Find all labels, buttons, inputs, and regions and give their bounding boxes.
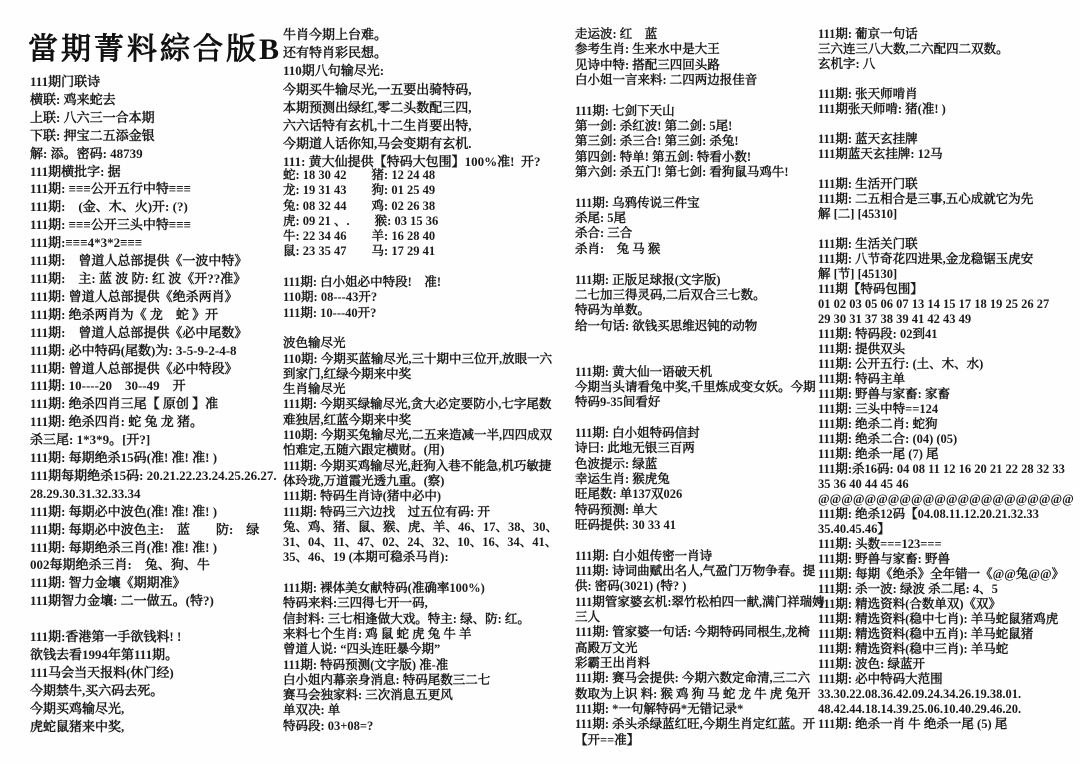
text-line: 体玲珑,万道霞光透九重。(察)	[283, 474, 558, 489]
text-line: 111期: 七剑下天山	[575, 104, 825, 119]
text-line: 今期买牛输尽光,一五要出骑特码,	[283, 81, 540, 99]
column-zodiac-table-and-verses: 蛇: 18 30 42 猪: 12 24 48龙: 19 31 43 狗: 01…	[283, 168, 558, 734]
text-line: 111期: 公开五行: (土、木、水)	[818, 357, 1074, 372]
text-line: 111期: 精选资料(稳中七肖): 羊马蛇鼠猪鸡虎	[818, 612, 1074, 627]
text-line: 111期: 八节奇花四进果,金龙稳锯玉虎安	[818, 252, 1074, 267]
text-line: 还有特肖彩民想。	[283, 44, 540, 62]
text-line: 110期: 08---43开?	[283, 290, 558, 305]
text-line: 111期: 白小姐传密一肖诗	[575, 549, 825, 564]
text-line: 35 36 40 44 45 46	[818, 477, 1074, 492]
text-line: 111期: 绝杀一肖 牛 绝杀一尾 (5) 尾	[818, 717, 1074, 732]
text-line	[575, 88, 825, 103]
text-line: 特码为单数。	[575, 303, 825, 318]
text-line: 111期: 特码预测(文字版) 准-准	[283, 658, 558, 673]
text-line: 111期: 绝杀一尾 (7) 尾	[818, 447, 1074, 462]
text-line: 111期: 正版足球报(文字版)	[575, 273, 825, 288]
text-line: 111期: 波色: 绿蓝开	[818, 657, 1074, 672]
text-line: 111期: (金、木、火)开: (?)	[30, 198, 277, 216]
text-line: 111期: 每期必中波色(准! 准! 准! )	[30, 503, 277, 521]
text-line: 111期: 白小姐特码信封	[575, 426, 825, 441]
page-title: 當期菁料綜合版B	[28, 24, 282, 68]
text-line: 111期: 精选资料(合数单双)《双》	[818, 597, 1074, 612]
text-line: 111马会当天报料(休门经)	[30, 664, 277, 682]
text-line: 111期: 智力金壤《期期准》	[30, 574, 277, 592]
text-line: 111期:香港第一手欲钱料! !	[30, 628, 277, 646]
text-line: 111期: 必中特码(尾数)为: 3-5-9-2-4-8	[30, 342, 277, 360]
text-line: 111期: 裸体美女献特码(准确率100%)	[283, 581, 558, 596]
text-line: 111期:≡≡≡4*3*2≡≡≡	[30, 234, 277, 252]
text-line: 111期: 每期必中波色主: 蓝 防: 绿	[30, 521, 277, 539]
text-line: 单双决: 单	[283, 703, 558, 718]
text-line: 111期: 曾道人总部提供《必中特段》	[30, 360, 277, 378]
text-line: 111期: 黄大仙一语破天机	[575, 365, 825, 380]
text-line: 111期: 二五相合是三事,五心成就它为先	[818, 192, 1074, 207]
text-line: 横联: 鸡来蛇去	[30, 91, 277, 109]
text-line: 杀合: 三合	[575, 226, 825, 241]
text-line	[575, 334, 825, 349]
text-line: 111期: 提供双头	[818, 342, 1074, 357]
text-line: 解 [二] [45310]	[818, 207, 1074, 222]
text-line: 111期: 绝杀12码【04.08.11.12.20.21.32.33	[818, 507, 1074, 522]
text-line: 111期: 生活关门联	[818, 237, 1074, 252]
text-line: 111期: 白小姐必中特段! 准!	[283, 275, 558, 290]
text-line: 111期门联诗	[30, 73, 277, 91]
text-line: 来料七个生肖: 鸡 鼠 蛇 虎 兔 牛 羊	[283, 627, 558, 642]
text-line: 111期: 主: 蓝 波 防: 红 波《开??准》	[30, 270, 277, 288]
text-line: 111期: 杀一波: 绿波 杀二尾: 4、5	[818, 582, 1074, 597]
text-line: 111期: 野兽与家畜: 家畜	[818, 387, 1074, 402]
text-line: 信封料: 三七相逢做大戏。特主: 绿、防: 红。	[283, 612, 558, 627]
text-line: 上联: 八六三一合本期	[30, 109, 277, 127]
text-line: 111期: 绝杀两肖为《 龙 蛇 》开	[30, 306, 277, 324]
text-line: 111期: 野兽与家畜: 野兽	[818, 552, 1074, 567]
text-line: 111期: 今期买绿输尽光,贪大必定要防小,七字尾数	[283, 397, 558, 412]
text-line: 111期智力金壤: 二一做五。(特?)	[30, 592, 277, 610]
text-line: 幸运生肖: 猴虎兔	[575, 472, 825, 487]
text-line: 下联: 押宝二五添金银	[30, 127, 277, 145]
text-line: 111期: *一句解特码*无错记录*	[575, 702, 825, 717]
text-line: 111期: 绝杀二合: (04) (05)	[818, 432, 1074, 447]
text-line: 111期: ≡≡≡公开三头中特≡≡≡	[30, 216, 277, 234]
text-line: 111期: 乌鸦传说三件宝	[575, 196, 825, 211]
text-line: 兔、鸡、猪、鼠、猴、虎、羊、46、17、38、30、	[283, 520, 558, 535]
text-line: 杀尾: 5尾	[575, 211, 825, 226]
text-line: 28.29.30.31.32.33.34	[30, 485, 277, 503]
text-line: 欲钱去看1994年第111期。	[30, 646, 277, 664]
text-line: 111期: 每期绝杀15码(准! 准! 准! )	[30, 449, 277, 467]
text-line: 生肖输尽光	[283, 382, 558, 397]
text-line	[575, 180, 825, 195]
text-line: 旺码提供: 30 33 41	[575, 518, 825, 533]
text-line: 诗曰: 此地无银三百两	[575, 441, 825, 456]
text-line: 供: 密码(3021) (特? )	[575, 579, 825, 594]
text-line: 波色输尽光	[283, 336, 558, 351]
text-line: 【开==准】	[575, 733, 825, 748]
text-line: 曾道人说: “四头连旺暴今期”	[283, 642, 558, 657]
text-line: 111期每期绝杀15码: 20.21.22.23.24.25.26.27.	[30, 467, 277, 485]
text-line: 数取为上识 料: 猴 鸡 狗 马 蛇 龙 牛 虎 兔开	[575, 687, 825, 702]
text-line: 01 02 03 05 06 07 13 14 15 17 18 19 25 2…	[818, 297, 1074, 312]
text-line: 杀肖: 兔 马 猴	[575, 242, 825, 257]
lottery-tip-sheet: 當期菁料綜合版B 111期门联诗横联: 鸡来蛇去上联: 八六三一合本期下联: 押…	[0, 0, 1080, 764]
text-line: 111期张天师啃: 猪(准! )	[818, 102, 1074, 117]
text-line: 解 [节] [45130]	[818, 267, 1074, 282]
text-line: 29 30 31 37 38 39 41 42 43 49	[818, 312, 1074, 327]
text-line: 48.42.44.18.14.39.25.06.10.40.29.46.20.	[818, 702, 1074, 717]
text-line: 111期管家婆玄机:翠竹松柏四一献,满门祥瑞娉	[575, 595, 825, 610]
text-line: 111期: 头数===123===	[818, 537, 1074, 552]
text-line: 111期: 杀头杀绿蓝红旺,今期生肖定红蓝。开	[575, 717, 825, 732]
text-line: 111期: 赛马会提供: 今期六数定命清,三二六	[575, 671, 825, 686]
text-line: 002每期绝杀三肖: 兔、狗、牛	[30, 556, 277, 574]
text-line: 111期: 特码主单	[818, 372, 1074, 387]
text-line: 111期: 绝杀四肖三尾【 原创 】准	[30, 395, 277, 413]
text-line	[283, 260, 558, 275]
text-line: 特码预测: 单大	[575, 503, 825, 518]
text-line: 白小姐内幕亲身消息: 特码尾数三二七	[283, 673, 558, 688]
text-line: 怕难定,五随六跟定横财。(用)	[283, 443, 558, 458]
text-line: 今期当头请看兔中奖,千里炼成变女妖。今期	[575, 380, 825, 395]
text-line: 旺尾数: 单137双026	[575, 487, 825, 502]
text-line: 特码9-35间看好	[575, 395, 825, 410]
text-line: 111期: 葡京一句话	[818, 27, 1074, 42]
text-line: 第三剑: 杀三合! 第三剑: 杀兔!	[575, 134, 825, 149]
text-line: 111期: 特码生肖诗(猪中必中)	[283, 489, 558, 504]
text-line: 鼠: 23 35 47 马: 17 29 41	[283, 244, 558, 259]
text-line	[575, 533, 825, 548]
text-line: 111期: 曾道人总部提供《绝杀两肖》	[30, 288, 277, 306]
text-line: 高殿万文光	[575, 641, 825, 656]
text-line: 杀三尾: 1*3*9。[开?]	[30, 431, 277, 449]
text-line: 111期: 每期绝杀三肖(准! 准! 准! )	[30, 539, 277, 557]
text-line: 111期: 10----20 30--49 开	[30, 377, 277, 395]
text-line: 35、46、19 (本期可稳杀马肖):	[283, 550, 558, 565]
text-line: 走运波: 红 蓝	[575, 27, 825, 42]
text-line: 赛马会独家料: 三次消息五更风	[283, 688, 558, 703]
text-line: 龙: 19 31 43 狗: 01 25 49	[283, 183, 558, 198]
text-line: 兔: 08 32 44 鸡: 02 26 38	[283, 199, 558, 214]
text-line: 见诗中特: 搭配三四回头路	[575, 58, 825, 73]
text-line: 111期: 生活开门联	[818, 177, 1074, 192]
text-line: 111期蓝天玄挂牌: 12马	[818, 147, 1074, 162]
column-door-couplet: 111期门联诗横联: 鸡来蛇去上联: 八六三一合本期下联: 押宝二五添金银解: …	[30, 73, 277, 736]
text-line: 虎蛇鼠猪来中奖,	[30, 718, 277, 736]
text-line: 今期道人话你知,马会变期有玄机.	[283, 135, 540, 153]
text-line: 牛肖今期上台难。	[283, 26, 540, 44]
text-line: 解: 添。密码: 48739	[30, 145, 277, 163]
text-line: 彩霸王出肖料	[575, 656, 825, 671]
text-line: 到家门,红绿今期来中奖	[283, 367, 558, 382]
text-line: 白小姐一言来料: 二四两边报佳音	[575, 73, 825, 88]
text-line: 31、04、11、47、02、24、32、10、16、34、41、	[283, 535, 558, 550]
text-line: 111期: 特码三六边找 过五位有码: 开	[283, 505, 558, 520]
text-line: 111期: 张天师啃肖	[818, 87, 1074, 102]
text-line: 牛: 22 34 46 羊: 16 28 40	[283, 229, 558, 244]
text-line: 参考生肖: 生来水中是大王	[575, 42, 825, 57]
text-line: 33.30.22.08.36.42.09.24.34.26.19.38.01.	[818, 687, 1074, 702]
text-line: @@@@@@@@@@@@@@@@@@@@@@	[818, 492, 1074, 507]
text-line: 难独居,红蓝今期来中奖	[283, 413, 558, 428]
text-line: 三人	[575, 610, 825, 625]
text-line: 110期: 今期买兔输尽光,二五来造减一半,四四成双	[283, 428, 558, 443]
text-line: 111期: 绝杀二肖: 蛇狗	[818, 417, 1074, 432]
text-line: 111期: 特码段: 02到41	[818, 327, 1074, 342]
text-line	[283, 566, 558, 581]
text-line: 111期: 必中特码大范围	[818, 672, 1074, 687]
text-line: 本期预测出绿红,零二头数配三四,	[283, 99, 540, 117]
text-line: 111期: 管家婆一句话: 今期特码同根生,龙椅	[575, 625, 825, 640]
text-line: 111期: 绝杀四肖: 蛇 兔 龙 猪。	[30, 413, 277, 431]
text-line	[283, 321, 558, 336]
text-line	[818, 117, 1074, 132]
text-line: 111期:杀16码: 04 08 11 12 16 20 21 22 28 32…	[818, 462, 1074, 477]
text-line: 色波提示: 绿蓝	[575, 457, 825, 472]
text-line: 111期: 每期《绝杀》全年错一《@@兔@@》	[818, 567, 1074, 582]
text-line: 110期: 今期买蓝输尽光,三十期中三位开,放眼一六	[283, 352, 558, 367]
text-line: 第四剑: 特单! 第五剑: 特看小数!	[575, 150, 825, 165]
text-line	[575, 349, 825, 364]
text-line: 今期禁牛,买六码去死。	[30, 682, 277, 700]
text-line	[30, 610, 277, 628]
text-line: 三六连三八大数,二六配四二双数。	[818, 42, 1074, 57]
text-line: 35.40.45.46】	[818, 522, 1074, 537]
text-line: 111期【特码包围】	[818, 282, 1074, 297]
text-line: 111期: 精选资料(稳中五肖): 羊马蛇鼠猪	[818, 627, 1074, 642]
text-line: 110期八句输尽光:	[283, 62, 540, 80]
text-line: 特码来料:三四得七开一码,	[283, 596, 558, 611]
text-line: 111期: 曾道人总部提供《一波中特》	[30, 252, 277, 270]
text-line: 特码段: 03+08=?	[283, 719, 558, 734]
text-line	[575, 411, 825, 426]
column-predictions-middle: 走运波: 红 蓝参考生肖: 生来水中是大王见诗中特: 搭配三四回头路白小姐一言来…	[575, 27, 825, 748]
text-line	[818, 222, 1074, 237]
text-line: 今期买鸡输尽光,	[30, 700, 277, 718]
text-line	[575, 257, 825, 272]
text-line: 第六剑: 杀五门! 第七剑: 看狗鼠马鸡牛!	[575, 165, 825, 180]
text-line	[818, 162, 1074, 177]
text-line: 蛇: 18 30 42 猪: 12 24 48	[283, 168, 558, 183]
text-line: 给一句话: 欲钱买思维迟钝的动物	[575, 319, 825, 334]
text-line: 玄机字: 八	[818, 57, 1074, 72]
text-line: 111期: 蓝天玄挂牌	[818, 132, 1074, 147]
text-line: 111期: ≡≡≡公开五行中特≡≡≡	[30, 180, 277, 198]
text-line: 111期横批字: 据	[30, 163, 277, 181]
text-line: 六六话特有玄机,十二生肖要出特,	[283, 117, 540, 135]
text-line: 第一剑: 杀红波! 第二剑: 5尾!	[575, 119, 825, 134]
text-line: 虎: 09 21 、. 猴: 03 15 36	[283, 214, 558, 229]
column-predictions-right: 111期: 葡京一句话三六连三八大数,二六配四二双数。玄机字: 八 111期: …	[818, 27, 1074, 732]
text-line: 二七加三得灵码,二后双合三七数。	[575, 288, 825, 303]
text-line: 111期: 三头中特==124	[818, 402, 1074, 417]
text-line	[818, 72, 1074, 87]
text-line: 111期: 10---40开?	[283, 306, 558, 321]
text-line: 111期: 诗词曲赋出名人,气盈门万物争春。提	[575, 564, 825, 579]
text-line: 111期: 今期买鸡输尽光,赶狗入巷不能急,机巧敏捷	[283, 459, 558, 474]
text-line: 111期: 曾道人总部提供《必中尾数》	[30, 324, 277, 342]
column-verse-top: 牛肖今期上台难。还有特肖彩民想。110期八句输尽光:今期买牛输尽光,一五要出骑特…	[283, 26, 540, 172]
text-line: 111期: 精选资料(稳中三肖): 羊马蛇	[818, 642, 1074, 657]
